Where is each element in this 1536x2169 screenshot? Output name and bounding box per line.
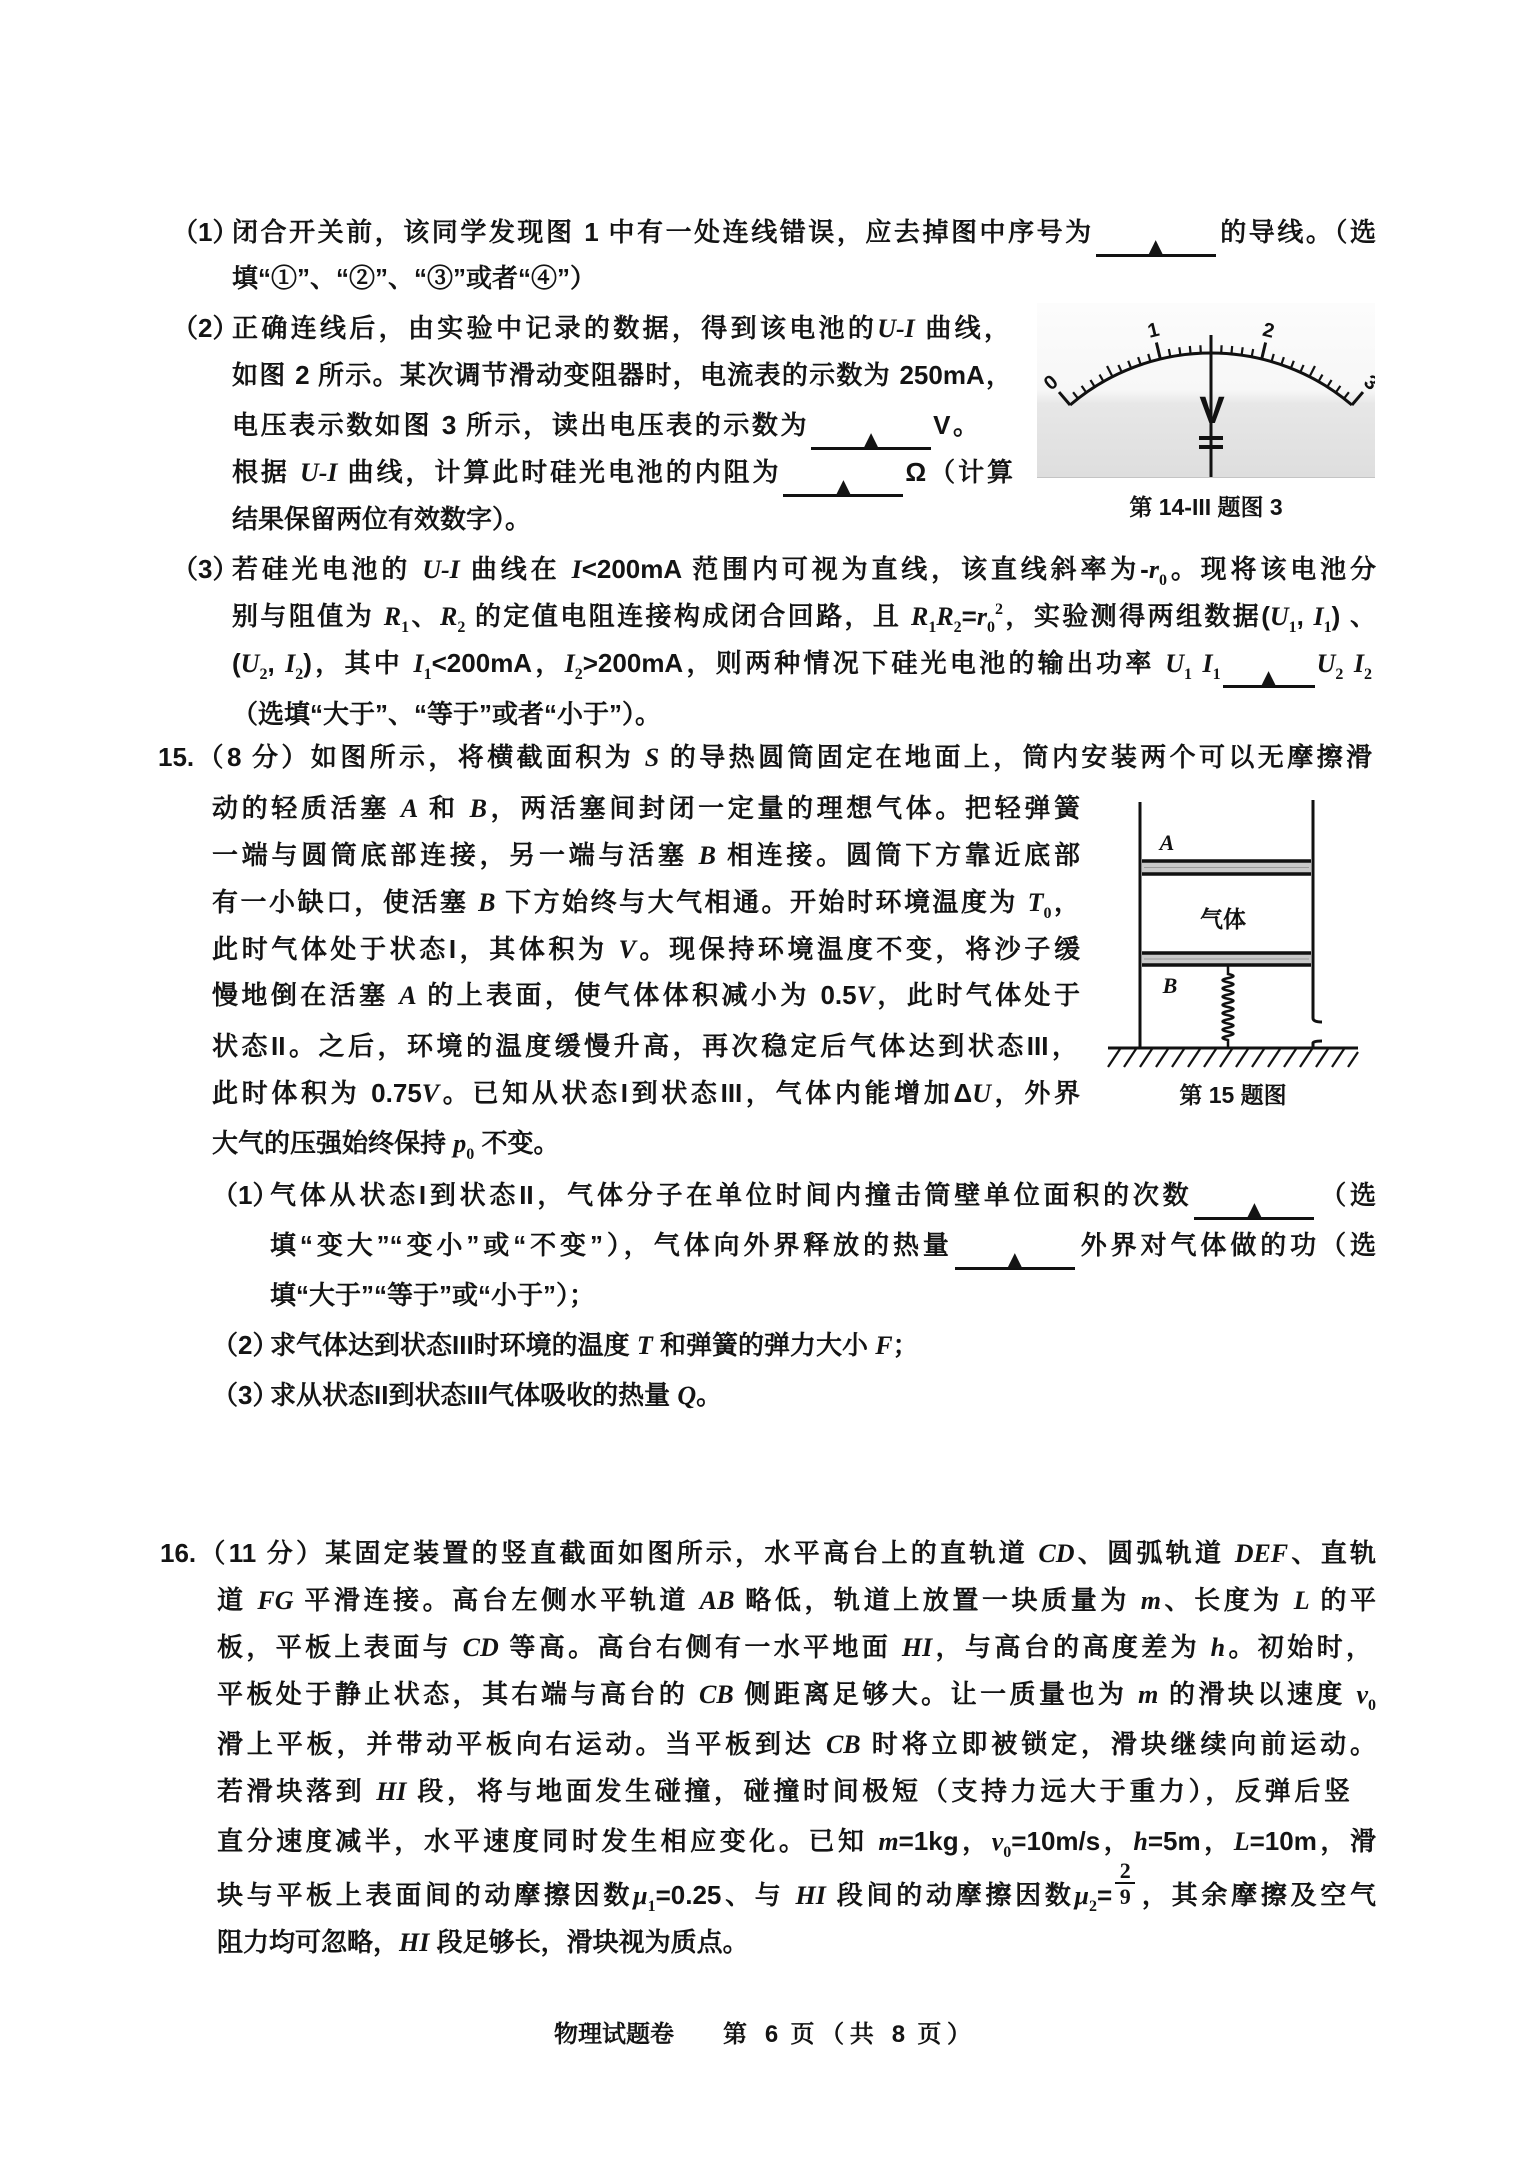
math-variable: U-I <box>877 314 915 343</box>
dial-tick <box>1327 380 1331 387</box>
text-segment: ，与高台的高度差为 <box>932 1632 1210 1662</box>
text-segment: （选 <box>1316 1180 1376 1210</box>
math-variable: CB <box>826 1730 861 1759</box>
text-segment: ，外界 <box>991 1078 1080 1108</box>
text-segment: （8 分）如图所示，将横截面积为 <box>194 742 645 772</box>
math-variable: B <box>478 888 495 917</box>
math-variable: U <box>1317 649 1336 678</box>
text-segment <box>1343 648 1354 678</box>
math-variable: HI <box>795 1881 825 1910</box>
text-segment: 动的轻质活塞 <box>212 793 401 823</box>
text-segment: =0.25、与 <box>656 1880 796 1910</box>
text-segment: 求从状态II到状态III气体吸收的热量 <box>270 1380 677 1410</box>
math-variable: I <box>572 555 582 584</box>
math-variable: r <box>977 602 987 631</box>
text-segment: , <box>1297 601 1314 631</box>
math-variable: m <box>1141 1586 1161 1615</box>
triangle-mark-icon: ▲ <box>1007 1245 1022 1273</box>
math-variable: FG <box>257 1586 293 1615</box>
math-variable: U <box>1270 602 1289 631</box>
dial-tick <box>1090 380 1094 387</box>
fraction-denominator: 9 <box>1115 1886 1135 1908</box>
q15-part1-label: （1） <box>212 1175 278 1215</box>
superscript: 2 <box>995 601 1003 618</box>
dial-tick <box>1059 392 1070 405</box>
text-segment: 不变。 <box>474 1128 559 1158</box>
dial-tick <box>1352 392 1363 405</box>
text-segment: 等高。高台右侧有一水平地面 <box>499 1632 902 1662</box>
q16-line2: 道 FG 平滑连接。高台左侧水平轨道 AB 略低，轨道上放置一块质量为 m、长度… <box>217 1580 1376 1620</box>
cylinder-diagram: A B 气体 <box>1100 790 1380 1080</box>
math-variable: L <box>1294 1586 1310 1615</box>
text-segment: ，实验测得两组数据( <box>1003 601 1270 631</box>
q15-part1-line3: 填“大于”“等于”或“小于”）； <box>270 1275 595 1315</box>
text-segment: 、直轨 <box>1288 1538 1376 1568</box>
text-segment: 。已知从状态I到状态III，气体内能增加Δ <box>439 1078 972 1108</box>
text-segment: 阻力均可忽略， <box>217 1927 399 1957</box>
q14-part3-line4: （选填“大于”、“等于”或者“小于”）。 <box>232 694 661 734</box>
q16-line9: 阻力均可忽略，HI 段足够长，滑块视为质点。 <box>217 1922 749 1962</box>
math-variable: μ <box>1075 1881 1089 1910</box>
q14-part3-line2: 别与阻值为 R1、R2 的定值电阻连接构成闭合回路，且 R1R2=r02，实验测… <box>232 596 1376 636</box>
math-variable: S <box>645 743 659 772</box>
dial-tick <box>1242 347 1243 355</box>
math-variable: A <box>399 981 416 1010</box>
text-segment: 求气体达到状态III时环境的温度 <box>270 1330 637 1360</box>
q15-line8: 此时体积为 0.75V。已知从状态I到状态III，气体内能增加ΔU，外界 <box>212 1073 1080 1113</box>
q15-line2: 动的轻质活塞 A 和 B，两活塞间封闭一定量的理想气体。把轻弹簧 <box>212 788 1080 828</box>
text-segment: =5m， <box>1148 1826 1234 1856</box>
zero-adjust-icon <box>1199 436 1223 440</box>
subscript: 1 <box>1213 666 1221 683</box>
text-segment: >200mA，则两种情况下硅光电池的输出功率 <box>583 648 1165 678</box>
gas-label: 气体 <box>1200 906 1246 932</box>
dial-tick <box>1190 346 1191 354</box>
text-segment: , <box>267 648 285 678</box>
dial-tick <box>1138 357 1141 365</box>
text-segment: =1kg， <box>899 1826 992 1856</box>
dial-tick <box>1272 354 1274 362</box>
q15-line1: 15.（8 分）如图所示，将横截面积为 S 的导热圆筒固定在地面上，筒内安装两个… <box>158 737 1372 777</box>
math-variable: T <box>1028 888 1044 917</box>
subscript: 2 <box>295 666 303 683</box>
math-variable: A <box>401 794 418 823</box>
text-segment: 块与平板上表面间的动摩擦因数 <box>217 1880 633 1910</box>
triangle-mark-icon: ▲ <box>1148 232 1163 260</box>
triangle-mark-icon: ▲ <box>1261 663 1276 691</box>
q15-part3-label: （3） <box>212 1375 278 1415</box>
dial-label: 1 <box>1146 319 1162 343</box>
dial-tick <box>1231 346 1232 354</box>
subscript: 2 <box>259 666 267 683</box>
math-variable: I <box>565 649 575 678</box>
text-segment: 道 <box>217 1585 257 1615</box>
dial-tick <box>1344 392 1349 398</box>
text-segment: ( <box>232 648 241 678</box>
subscript: 1 <box>424 666 432 683</box>
q16-line8: 块与平板上表面间的动摩擦因数μ1=0.25、与 HI 段间的动摩擦因数μ2=29… <box>217 1875 1376 1915</box>
text-segment: 填“变大”“变小”或“不变”），气体向外界释放的热量 <box>270 1230 953 1260</box>
text-segment: 若滑块落到 <box>217 1776 376 1806</box>
text-segment: )，其中 <box>303 648 413 678</box>
cylinder-right-wall <box>1313 800 1322 1022</box>
text-segment: V。 <box>933 410 979 440</box>
text-segment: 。 <box>696 1380 722 1410</box>
dial-tick <box>1128 361 1131 368</box>
text-segment: 大气的压强始终保持 <box>212 1128 453 1158</box>
cylinder-figure: A B 气体 <box>1100 790 1380 1080</box>
math-variable: Q <box>677 1381 696 1410</box>
text-segment: 段，将与地面发生碰撞，碰撞时间极短（支持力远大于重力），反弹后竖 <box>407 1776 1350 1806</box>
subscript: 1 <box>648 1898 656 1915</box>
subscript: 1 <box>1289 619 1297 636</box>
math-variable: m <box>1138 1680 1158 1709</box>
question-number: 15. <box>158 742 194 772</box>
text-segment: =10m，滑 <box>1250 1826 1376 1856</box>
text-segment: 电压表示数如图 3 所示，读出电压表的示数为 <box>232 410 809 440</box>
footer-subject: 物理试题卷 <box>554 2015 674 2055</box>
text-segment: <200mA， <box>432 648 565 678</box>
subscript: 0 <box>987 619 995 636</box>
subscript: 2 <box>954 619 962 636</box>
subscript: 1 <box>401 619 409 636</box>
text-segment: = <box>1097 1880 1112 1910</box>
math-variable: h <box>1211 1633 1225 1662</box>
dial-tick <box>1100 375 1104 382</box>
dial-label: 0 <box>1040 371 1063 395</box>
text-segment: 滑上平板，并带动平板向右运动。当平板到达 <box>217 1729 826 1759</box>
text-segment: 有一小缺口，使活塞 <box>212 887 478 917</box>
q15-line7: 状态II。之后，环境的温度缓慢升高，再次稳定后气体达到状态III， <box>212 1026 1078 1066</box>
question-number: 16. <box>160 1538 196 1568</box>
dial-label: 2 <box>1260 319 1276 343</box>
text-segment: 侧距离足够大。让一质量也为 <box>734 1679 1138 1709</box>
answer-blank: ▲ <box>1194 1189 1314 1220</box>
math-variable: r <box>1149 555 1159 584</box>
subscript: 2 <box>1335 666 1343 683</box>
q16-line5: 滑上平板，并带动平板向右运动。当平板到达 CB 时将立即被锁定，滑块继续向前运动… <box>217 1724 1376 1764</box>
text-segment: 直分速度减半，水平速度同时发生相应变化。已知 <box>217 1826 878 1856</box>
triangle-mark-icon: ▲ <box>1247 1195 1262 1223</box>
spring-icon <box>1223 966 1234 1048</box>
q15-part1-line2: 填“变大”“变小”或“不变”），气体向外界释放的热量▲外界对气体做的功（选 <box>270 1225 1376 1265</box>
subscript: 1 <box>1324 619 1332 636</box>
answer-blank: ▲ <box>955 1239 1075 1270</box>
text-segment: 结果保留两位有效数字）。 <box>232 504 531 534</box>
answer-blank: ▲ <box>783 466 903 497</box>
q15-part1-line1: 气体从状态I到状态II，气体分子在单位时间内撞击筒壁单位面积的次数▲（选 <box>270 1175 1376 1215</box>
q15-line4: 有一小缺口，使活塞 B 下方始终与大气相通。开始时环境温度为 T0， <box>212 882 1080 922</box>
math-variable: m <box>878 1827 898 1856</box>
text-segment: 相连接。圆筒下方靠近底部 <box>716 840 1080 870</box>
subscript: 2 <box>575 666 583 683</box>
text-segment: 平滑连接。高台左侧水平轨道 <box>294 1585 700 1615</box>
subscript: 0 <box>1044 905 1052 922</box>
text-segment: <200mA 范围内可视为直线，该直线斜率为- <box>582 554 1149 584</box>
math-variable: V <box>857 981 874 1010</box>
dial-tick <box>1156 342 1160 359</box>
text-segment: （选填“大于”、“等于”或者“小于”）。 <box>232 699 661 729</box>
text-segment: =10m/s， <box>1011 1826 1133 1856</box>
math-variable: B <box>470 794 487 823</box>
q14-part2-label: （2） <box>172 308 238 348</box>
q15-line5: 此时气体处于状态I，其体积为 V。现保持环境温度不变，将沙子缓 <box>212 929 1080 969</box>
text-segment: 若硅光电池的 <box>232 554 422 584</box>
text-segment: Ω（计算 <box>905 457 1013 487</box>
math-variable: p <box>453 1129 466 1158</box>
math-variable: B <box>699 841 716 870</box>
q16-line7: 直分速度减半，水平速度同时发生相应变化。已知 m=1kg，v0=10m/s，h=… <box>217 1821 1376 1861</box>
math-variable: R <box>911 602 928 631</box>
answer-blank: ▲ <box>811 419 931 450</box>
subscript: 0 <box>1159 572 1167 589</box>
fraction-numerator: 2 <box>1115 1860 1135 1884</box>
math-variable: R <box>936 602 953 631</box>
subscript: 2 <box>1089 1898 1097 1915</box>
q15-part3-line1: 求从状态II到状态III气体吸收的热量 Q。 <box>270 1375 722 1415</box>
q15-line6: 慢地倒在活塞 A 的上表面，使气体体积减小为 0.5V，此时气体处于 <box>212 975 1080 1015</box>
text-segment: 。初始时， <box>1225 1632 1372 1662</box>
math-variable: V <box>619 935 636 964</box>
subscript: 2 <box>1364 666 1372 683</box>
q14-part3-line3: (U2, I2)，其中 I1<200mA，I2>200mA，则两种情况下硅光电池… <box>232 643 1372 683</box>
text-segment: 如图 2 所示。某次调节滑动变阻器时，电流表的示数为 250mA， <box>232 360 1012 390</box>
text-segment: 曲线在 <box>460 554 572 584</box>
math-variable: DEF <box>1235 1539 1288 1568</box>
q14-part2-line4: 根据 U-I 曲线，计算此时硅光电池的内阻为▲Ω（计算 <box>232 452 1013 492</box>
text-segment: 。现将该电池分 <box>1167 554 1376 584</box>
q14-part2-line1: 正确连线后，由实验中记录的数据，得到该电池的U-I 曲线， <box>232 308 1010 348</box>
math-variable: R <box>440 602 457 631</box>
math-variable: AB <box>700 1586 735 1615</box>
math-variable: I <box>285 649 295 678</box>
q14-part1-line2: 填“①”、“②”、“③”或者“④”） <box>232 258 596 298</box>
answer-blank: ▲ <box>1223 657 1315 688</box>
fraction: 29 <box>1115 1884 1135 1904</box>
text-segment: 别与阻值为 <box>232 601 384 631</box>
dial-tick <box>1336 386 1341 393</box>
text-segment: 的平 <box>1310 1585 1376 1615</box>
dial-tick <box>1073 392 1078 398</box>
text-segment: 此时体积为 0.75 <box>212 1078 422 1108</box>
zero-adjust-icon <box>1199 445 1223 449</box>
dial-tick <box>1319 375 1323 382</box>
text-segment: 平板处于静止状态，其右端与高台的 <box>217 1679 699 1709</box>
math-variable: HI <box>376 1777 406 1806</box>
subscript: 0 <box>466 1146 474 1163</box>
math-variable: L <box>1234 1827 1250 1856</box>
cylinder-caption: 第 15 题图 <box>1133 1075 1333 1115</box>
math-variable: U <box>241 649 260 678</box>
subscript: 0 <box>1368 1697 1376 1714</box>
exam-page: （1） 闭合开关前，该同学发现图 1 中有一处连线错误，应去掉图中序号为▲的导线… <box>0 0 1536 2169</box>
math-variable: h <box>1133 1827 1147 1856</box>
answer-blank: ▲ <box>1096 226 1216 257</box>
ground-hatch <box>1108 1049 1358 1067</box>
q16-line6: 若滑块落到 HI 段，将与地面发生碰撞，碰撞时间极短（支持力远大于重力），反弹后… <box>217 1771 1350 1811</box>
dial-tick <box>1118 365 1121 372</box>
text-segment: 、长度为 <box>1161 1585 1294 1615</box>
q14-part2-line3: 电压表示数如图 3 所示，读出电压表的示数为▲V。 <box>232 405 979 445</box>
subscript: 2 <box>457 619 465 636</box>
text-segment <box>1192 648 1203 678</box>
dial-tick <box>1281 357 1284 365</box>
subscript: 1 <box>1184 666 1192 683</box>
footer-page-number: 第 6 页（共 8 页） <box>723 2015 971 2055</box>
q15-line3: 一端与圆筒底部连接，另一端与活塞 B 相连接。圆筒下方靠近底部 <box>212 835 1080 875</box>
math-variable: v <box>992 1827 1004 1856</box>
text-segment: = <box>962 601 977 631</box>
q16-line1: 16.（11 分）某固定装置的竖直截面如图所示，水平高台上的直轨道 CD、圆弧轨… <box>160 1533 1376 1573</box>
voltmeter-dial: 0 1 2 3 V <box>1037 303 1375 477</box>
text-segment: 外界对气体做的功（选 <box>1077 1230 1376 1260</box>
math-variable: CD <box>463 1633 499 1662</box>
piston-b-label: B <box>1162 973 1178 998</box>
text-segment: 此时气体处于状态I，其体积为 <box>212 934 619 964</box>
triangle-mark-icon: ▲ <box>863 425 878 453</box>
text-segment: 根据 <box>232 457 300 487</box>
math-variable: I <box>1314 602 1324 631</box>
text-segment: 和 <box>418 793 469 823</box>
text-segment: （11 分）某固定装置的竖直截面如图所示，水平高台上的直轨道 <box>196 1538 1038 1568</box>
math-variable: I <box>414 649 424 678</box>
text-segment: ，其余摩擦及空气 <box>1138 1880 1376 1910</box>
dial-tick <box>1169 349 1170 357</box>
math-variable: HI <box>902 1633 932 1662</box>
text-segment: ) 、 <box>1332 601 1376 631</box>
subscript: 1 <box>928 619 936 636</box>
dial-tick <box>1107 366 1112 377</box>
q14-part3-label: （3） <box>172 549 238 589</box>
text-segment: 板，平板上表面与 <box>217 1632 463 1662</box>
q14-part3-line1: 若硅光电池的 U-I 曲线在 I<200mA 范围内可视为直线，该直线斜率为-r… <box>232 549 1376 589</box>
text-segment: ； <box>893 1330 919 1360</box>
text-segment: 。现保持环境温度不变，将沙子缓 <box>636 934 1080 964</box>
dial-tick <box>1148 354 1150 362</box>
math-variable: HI <box>399 1928 429 1957</box>
q14-part1-line1: 闭合开关前，该同学发现图 1 中有一处连线错误，应去掉图中序号为▲的导线。（选 <box>232 212 1376 252</box>
subscript: 0 <box>1003 1844 1011 1861</box>
math-variable: F <box>875 1331 892 1360</box>
dial-tick <box>1082 386 1087 393</box>
q15-part2-line1: 求气体达到状态III时环境的温度 T 和弹簧的弹力大小 F； <box>270 1325 919 1365</box>
math-variable: v <box>1356 1680 1368 1709</box>
dial-tick <box>1262 342 1266 359</box>
text-segment: 略低，轨道上放置一块质量为 <box>734 1585 1140 1615</box>
math-variable: T <box>637 1331 653 1360</box>
text-segment: 的导热圆筒固定在地面上，筒内安装两个可以无摩擦滑 <box>659 742 1372 772</box>
triangle-mark-icon: ▲ <box>836 472 851 500</box>
voltmeter-figure: 0 1 2 3 V <box>1037 303 1375 478</box>
text-segment: 气体从状态I到状态II，气体分子在单位时间内撞击筒壁单位面积的次数 <box>270 1180 1192 1210</box>
math-variable: μ <box>633 1881 647 1910</box>
text-segment: 曲线，计算此时硅光电池的内阻为 <box>338 457 782 487</box>
q15-part2-label: （2） <box>212 1325 278 1365</box>
text-segment: 的滑块以速度 <box>1158 1679 1356 1709</box>
text-segment: 一端与圆筒底部连接，另一端与活塞 <box>212 840 699 870</box>
math-variable: U-I <box>300 458 338 487</box>
text-segment: 闭合开关前，该同学发现图 1 中有一处连线错误，应去掉图中序号为 <box>232 217 1094 247</box>
text-segment: 状态II。之后，环境的温度缓慢升高，再次稳定后气体达到状态III， <box>212 1031 1078 1061</box>
text-segment: 和弹簧的弹力大小 <box>653 1330 875 1360</box>
text-segment: 的定值电阻连接构成闭合回路，且 <box>465 601 911 631</box>
voltmeter-caption: 第 14-III 题图 3 <box>1037 487 1375 527</box>
text-segment: 慢地倒在活塞 <box>212 980 399 1010</box>
text-segment: 曲线， <box>915 313 1010 343</box>
piston-a-label: A <box>1158 830 1175 855</box>
math-variable: CD <box>1038 1539 1074 1568</box>
dial-tick <box>1300 365 1303 372</box>
q16-line4: 平板处于静止状态，其右端与高台的 CB 侧距离足够大。让一质量也为 m 的滑块以… <box>217 1674 1376 1714</box>
q14-part2-line5: 结果保留两位有效数字）。 <box>232 499 531 539</box>
math-variable: U <box>972 1079 991 1108</box>
text-segment: 填“①”、“②”、“③”或者“④”） <box>232 263 596 293</box>
dial-tick <box>1291 361 1294 368</box>
text-segment: 段间的动摩擦因数 <box>826 1880 1075 1910</box>
dial-tick <box>1252 349 1253 357</box>
text-segment: 正确连线后，由实验中记录的数据，得到该电池的 <box>232 313 877 343</box>
dial-tick <box>1310 366 1315 377</box>
q14-part2-line2: 如图 2 所示。某次调节滑动变阻器时，电流表的示数为 250mA， <box>232 355 1012 395</box>
text-segment: ，两活塞间封闭一定量的理想气体。把轻弹簧 <box>487 793 1080 823</box>
text-segment: 下方始终与大气相通。开始时环境温度为 <box>495 887 1027 917</box>
text-segment: 段足够长，滑块视为质点。 <box>429 1927 748 1957</box>
math-variable: V <box>422 1079 439 1108</box>
text-segment: 填“大于”“等于”或“小于”）； <box>270 1280 595 1310</box>
piston-a <box>1142 861 1311 874</box>
q15-line9: 大气的压强始终保持 p0 不变。 <box>212 1123 559 1163</box>
q14-part1-label: （1） <box>172 212 238 252</box>
math-variable: CB <box>699 1680 734 1709</box>
text-segment: ，此时气体处于 <box>874 980 1080 1010</box>
text-segment: ， <box>1052 887 1081 917</box>
text-segment: 、 <box>409 601 440 631</box>
math-variable: U-I <box>422 555 460 584</box>
text-segment: 、圆弧轨道 <box>1075 1538 1235 1568</box>
math-variable: U <box>1165 649 1184 678</box>
dial-tick <box>1179 347 1180 355</box>
math-variable: I <box>1354 649 1364 678</box>
piston-b <box>1142 953 1311 965</box>
math-variable: R <box>384 602 401 631</box>
q16-line3: 板，平板上表面与 CD 等高。高台右侧有一水平地面 HI，与高台的高度差为 h。… <box>217 1627 1372 1667</box>
text-segment: 的上表面，使气体体积减小为 0.5 <box>417 980 857 1010</box>
text-segment: 的导线。（选 <box>1218 217 1376 247</box>
text-segment: 时将立即被锁定，滑块继续向前运动。 <box>861 1729 1376 1759</box>
math-variable: I <box>1202 649 1212 678</box>
